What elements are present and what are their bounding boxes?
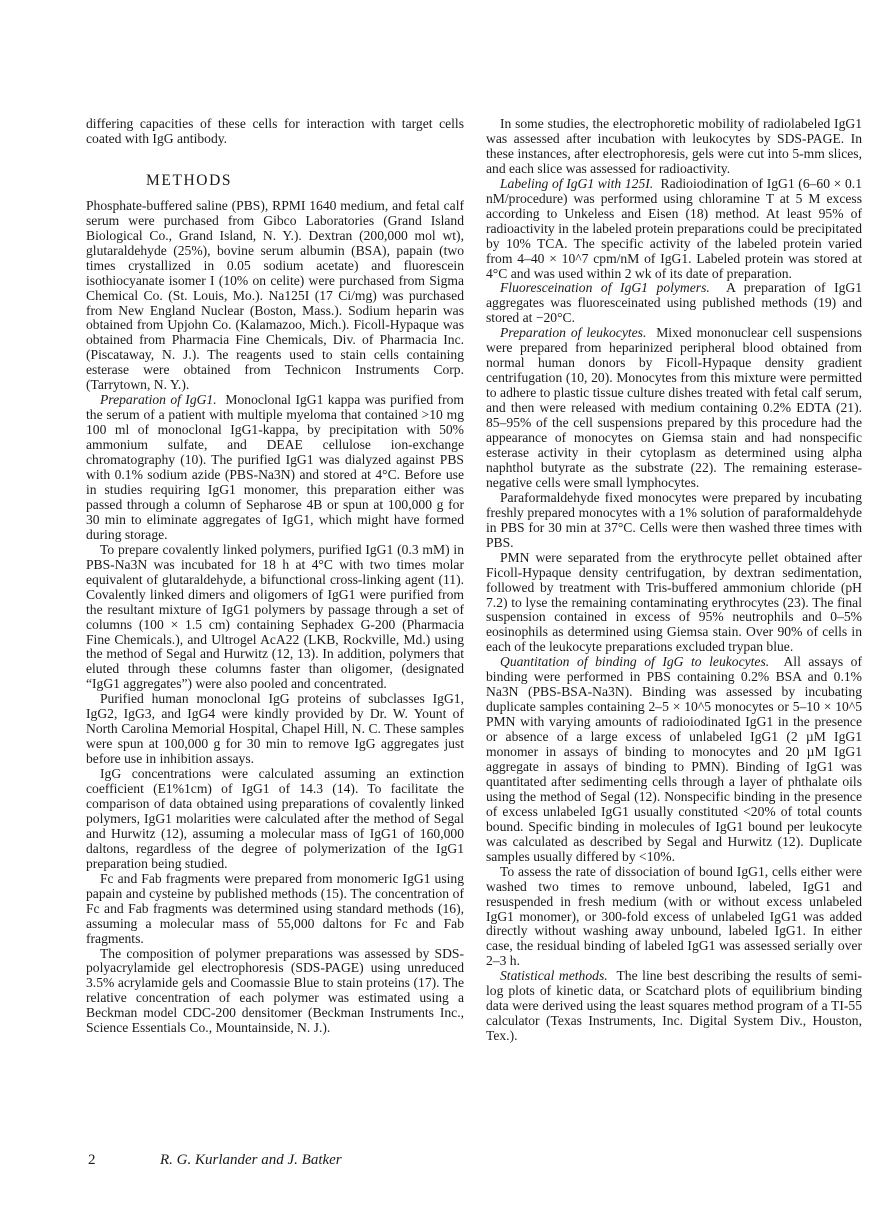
- paragraph-materials: Phosphate-buffered saline (PBS), RPMI 16…: [86, 199, 464, 393]
- run-in-heading: Statistical methods.: [500, 968, 608, 983]
- left-column: differing capacities of these cells for …: [86, 117, 464, 1036]
- run-in-heading: Preparation of leukocytes.: [500, 325, 646, 340]
- run-in-heading: Preparation of IgG1.: [100, 392, 217, 407]
- paragraph-mobility: In some studies, the electrophoretic mob…: [486, 117, 862, 177]
- section-heading-methods: METHODS: [86, 174, 464, 189]
- run-in-heading: Fluoresceination of IgG1 polymers.: [500, 280, 710, 295]
- paragraph-leukocytes: Preparation of leukocytes. Mixed mononuc…: [486, 326, 862, 490]
- paragraph-concentrations: IgG concentrations were calculated assum…: [86, 767, 464, 872]
- run-in-heading: Labeling of IgG1 with 125I.: [500, 176, 653, 191]
- paragraph-pmn: PMN were separated from the erythrocyte …: [486, 551, 862, 656]
- paragraph-statistics: Statistical methods. The line best descr…: [486, 969, 862, 1044]
- paragraph-sds-page: The composition of polymer preparations …: [86, 947, 464, 1037]
- paragraph-subclasses: Purified human monoclonal IgG proteins o…: [86, 692, 464, 767]
- right-column: In some studies, the electrophoretic mob…: [486, 117, 862, 1044]
- paragraph-fragments: Fc and Fab fragments were prepared from …: [86, 872, 464, 947]
- paragraph-body: Radioiodination of IgG1 (6–60 × 0.1 nM/p…: [486, 176, 862, 281]
- paragraph-binding: Quantitation of binding of IgG to leukoc…: [486, 655, 862, 864]
- paragraph-fixed-monocytes: Paraformaldehyde fixed monocytes were pr…: [486, 491, 862, 551]
- paragraph-body: Mixed mononuclear cell suspensions were …: [486, 325, 862, 490]
- paragraph-dissociation: To assess the rate of dissociation of bo…: [486, 865, 862, 970]
- page-number: 2: [88, 1152, 96, 1169]
- intro-tail-paragraph: differing capacities of these cells for …: [86, 117, 464, 147]
- paragraph-body: Monoclonal IgG1 kappa was purified from …: [86, 392, 464, 542]
- paragraph-labeling: Labeling of IgG1 with 125I. Radioiodinat…: [486, 177, 862, 282]
- paragraph-fluoresceination: Fluoresceination of IgG1 polymers. A pre…: [486, 281, 862, 326]
- paragraph-body: All assays of binding were performed in …: [486, 654, 862, 863]
- paragraph-polymers: To prepare covalently linked polymers, p…: [86, 543, 464, 693]
- running-footer-authors: R. G. Kurlander and J. Batker: [160, 1152, 342, 1169]
- run-in-heading: Quantitation of binding of IgG to leukoc…: [500, 654, 769, 669]
- paragraph-preparation-igg1: Preparation of IgG1. Monoclonal IgG1 kap…: [86, 393, 464, 543]
